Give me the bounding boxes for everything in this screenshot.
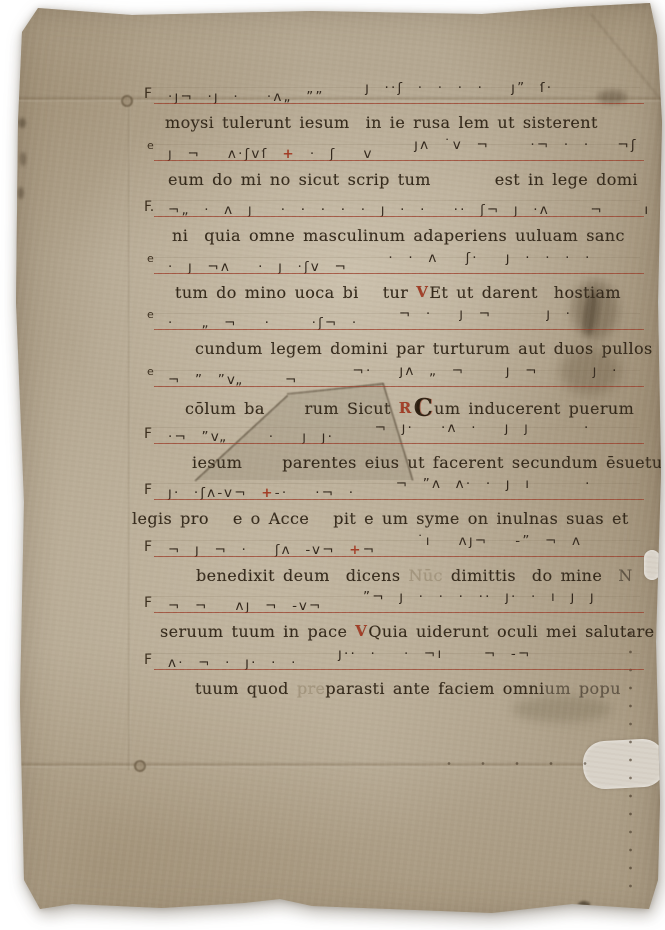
ink-drip-left-1 [18, 118, 26, 128]
staff: e¬ ” ”v„ ¬ ¬· ȷʌ „ ¬ ȷ ¬ ȷ · [142, 365, 640, 395]
chant-text-line: cōlum ba rum Sicut RCum inducerent pueru… [185, 395, 640, 421]
staff-line [154, 329, 644, 330]
clef-letter: e [147, 139, 154, 152]
repair-patch-bottom-right [582, 738, 665, 790]
staff-line [154, 612, 644, 613]
hole-fold-bottom [134, 760, 146, 772]
chant-system: F·¬ ”v„ · ȷ ȷ· ¬ ȷ· ·ʌ · ȷ ȷ ·iesum pare… [142, 422, 640, 479]
clef-letter: F [144, 539, 152, 555]
clef-letter: F [144, 652, 152, 668]
chant-system: eȷ ¬ ʌ·ʃvſ + · ʃ v ȷʌ ˙v ¬ ·¬ · · ¬ʃeum … [142, 139, 640, 196]
chant-system: F·ȷ¬ ·ȷ · ·ʌ„ ”” ȷ ··ʃ · · · · ȷ” ſ·moys… [142, 82, 640, 139]
staff-line [154, 273, 644, 274]
parchment-leaf: F·ȷ¬ ·ȷ · ·ʌ„ ”” ȷ ··ʃ · · · · ȷ” ſ·moys… [0, 0, 665, 930]
clef-letter: e [147, 365, 154, 378]
staff: e· „ ¬ · ·ʃ¬ · ¬ · ȷ ¬ ȷ · [142, 308, 640, 338]
staff-line [154, 160, 644, 161]
chant-text-line: tum do mino uoca bi tur VEt ut darent ho… [175, 282, 640, 308]
chant-text-line: benedixit deum dicens Nūc dimittis do mi… [196, 565, 640, 591]
clef-letter: e [147, 252, 154, 265]
repair-nib-right-edge [644, 550, 660, 580]
ink-drip-left-2 [20, 152, 26, 166]
chant-system: e· ȷ ¬ʌ · ȷ ·ʃv ¬ · · ʌ ʃ· ȷ · · · ·tum … [142, 252, 640, 309]
chant-system: Fȷ· ·ʃʌ-v¬ +-· ·¬ · ¬ ”ʌ ʌ· · ȷ ı ·legis… [142, 478, 640, 535]
chant-system: F¬ ¬ ʌȷ ¬ -v¬ ”¬ ȷ · · · ·· ȷ· · ı ȷ ȷse… [142, 591, 640, 648]
pricking-holes-fold [445, 761, 605, 766]
clef-letter: F [144, 482, 152, 498]
staff-line [154, 443, 644, 444]
chant-text-line: eum do mi no sicut scrip tum est in lege… [168, 169, 640, 195]
chant-text-line: iesum parentes eius ut facerent secundum… [192, 452, 640, 478]
staff-line [154, 103, 644, 104]
chant-system: e· „ ¬ · ·ʃ¬ · ¬ · ȷ ¬ ȷ ·cundum legem d… [142, 308, 640, 365]
chant-system: e¬ ” ”v„ ¬ ¬· ȷʌ „ ¬ ȷ ¬ ȷ ·cōlum ba rum… [142, 365, 640, 422]
spot-bottom-edge [578, 901, 590, 908]
chant-text-line: moysi tulerunt iesum in ie rusa lem ut s… [165, 112, 640, 138]
staff-line [154, 216, 644, 217]
ruling-line [148, 200, 640, 201]
manuscript-photo: F·ȷ¬ ·ȷ · ·ʌ„ ”” ȷ ··ʃ · · · · ȷ” ſ·moys… [0, 0, 665, 930]
staff-line [154, 499, 644, 500]
chant-text-line: seruum tuum in pace VQuia uiderunt oculi… [160, 621, 640, 647]
hole-fold-top [121, 95, 133, 107]
staff: Fȷ· ·ʃʌ-v¬ +-· ·¬ · ¬ ”ʌ ʌ· · ȷ ı · [142, 478, 640, 508]
staff: eȷ ¬ ʌ·ʃvſ + · ʃ v ȷʌ ˙v ¬ ·¬ · · ¬ʃ [142, 139, 640, 169]
staff: F¬ ¬ ʌȷ ¬ -v¬ ”¬ ȷ · · · ·· ȷ· · ı ȷ ȷ [142, 591, 640, 621]
staff: F.¬„ · ʌ ȷ · · · · · ȷ · · ·· ʃ¬ ȷ ·ʌ ¬ … [142, 195, 640, 225]
manuscript-text-block: F·ȷ¬ ·ȷ · ·ʌ„ ”” ȷ ··ʃ · · · · ȷ” ſ·moys… [142, 82, 640, 705]
clef-letter: e [147, 308, 154, 321]
chant-system: Fʌ· ¬ · ȷ· · · ȷ·· · · ¬ı ¬ -¬tuum quod … [142, 648, 640, 705]
chant-text-line: tuum quod preparasti ante faciem omnium … [195, 678, 640, 704]
crease-vertical-left [128, 94, 131, 770]
chant-text-line: legis pro e o Acce pit e um syme on inul… [132, 508, 640, 534]
chant-system: F.¬„ · ʌ ȷ · · · · · ȷ · · ·· ʃ¬ ȷ ·ʌ ¬ … [142, 195, 640, 252]
clef-letter: F [144, 595, 152, 611]
ink-drip-left-3 [17, 187, 24, 199]
clef-letter: F [144, 86, 152, 102]
parchment-surface: F·ȷ¬ ·ȷ · ·ʌ„ ”” ȷ ··ʃ · · · · ȷ” ſ·moys… [12, 2, 662, 923]
chant-system: F¬ ȷ ¬ · ʃʌ -v¬ +¬ ˙ı ʌȷ¬ -” ¬ ʌbenedixi… [142, 535, 640, 592]
staff: F·ȷ¬ ·ȷ · ·ʌ„ ”” ȷ ··ʃ · · · · ȷ” ſ· [142, 82, 640, 112]
chant-text-line: ni quia omne masculinum adaperiens uulua… [172, 225, 640, 251]
chant-text-line: cundum legem domini par turturum aut duo… [195, 338, 640, 364]
clef-letter: F [144, 426, 152, 442]
staff: Fʌ· ¬ · ȷ· · · ȷ·· · · ¬ı ¬ -¬ [142, 648, 640, 678]
staff: F¬ ȷ ¬ · ʃʌ -v¬ +¬ ˙ı ʌȷ¬ -” ¬ ʌ [142, 535, 640, 565]
staff-line [154, 386, 644, 387]
fold-line-bottom [12, 762, 662, 768]
staff-line [154, 669, 644, 670]
staff: F·¬ ”v„ · ȷ ȷ· ¬ ȷ· ·ʌ · ȷ ȷ · [142, 422, 640, 452]
staff-line [154, 556, 644, 557]
staff: e· ȷ ¬ʌ · ȷ ·ʃv ¬ · · ʌ ʃ· ȷ · · · · [142, 252, 640, 282]
clef-letter: F. [144, 199, 154, 215]
